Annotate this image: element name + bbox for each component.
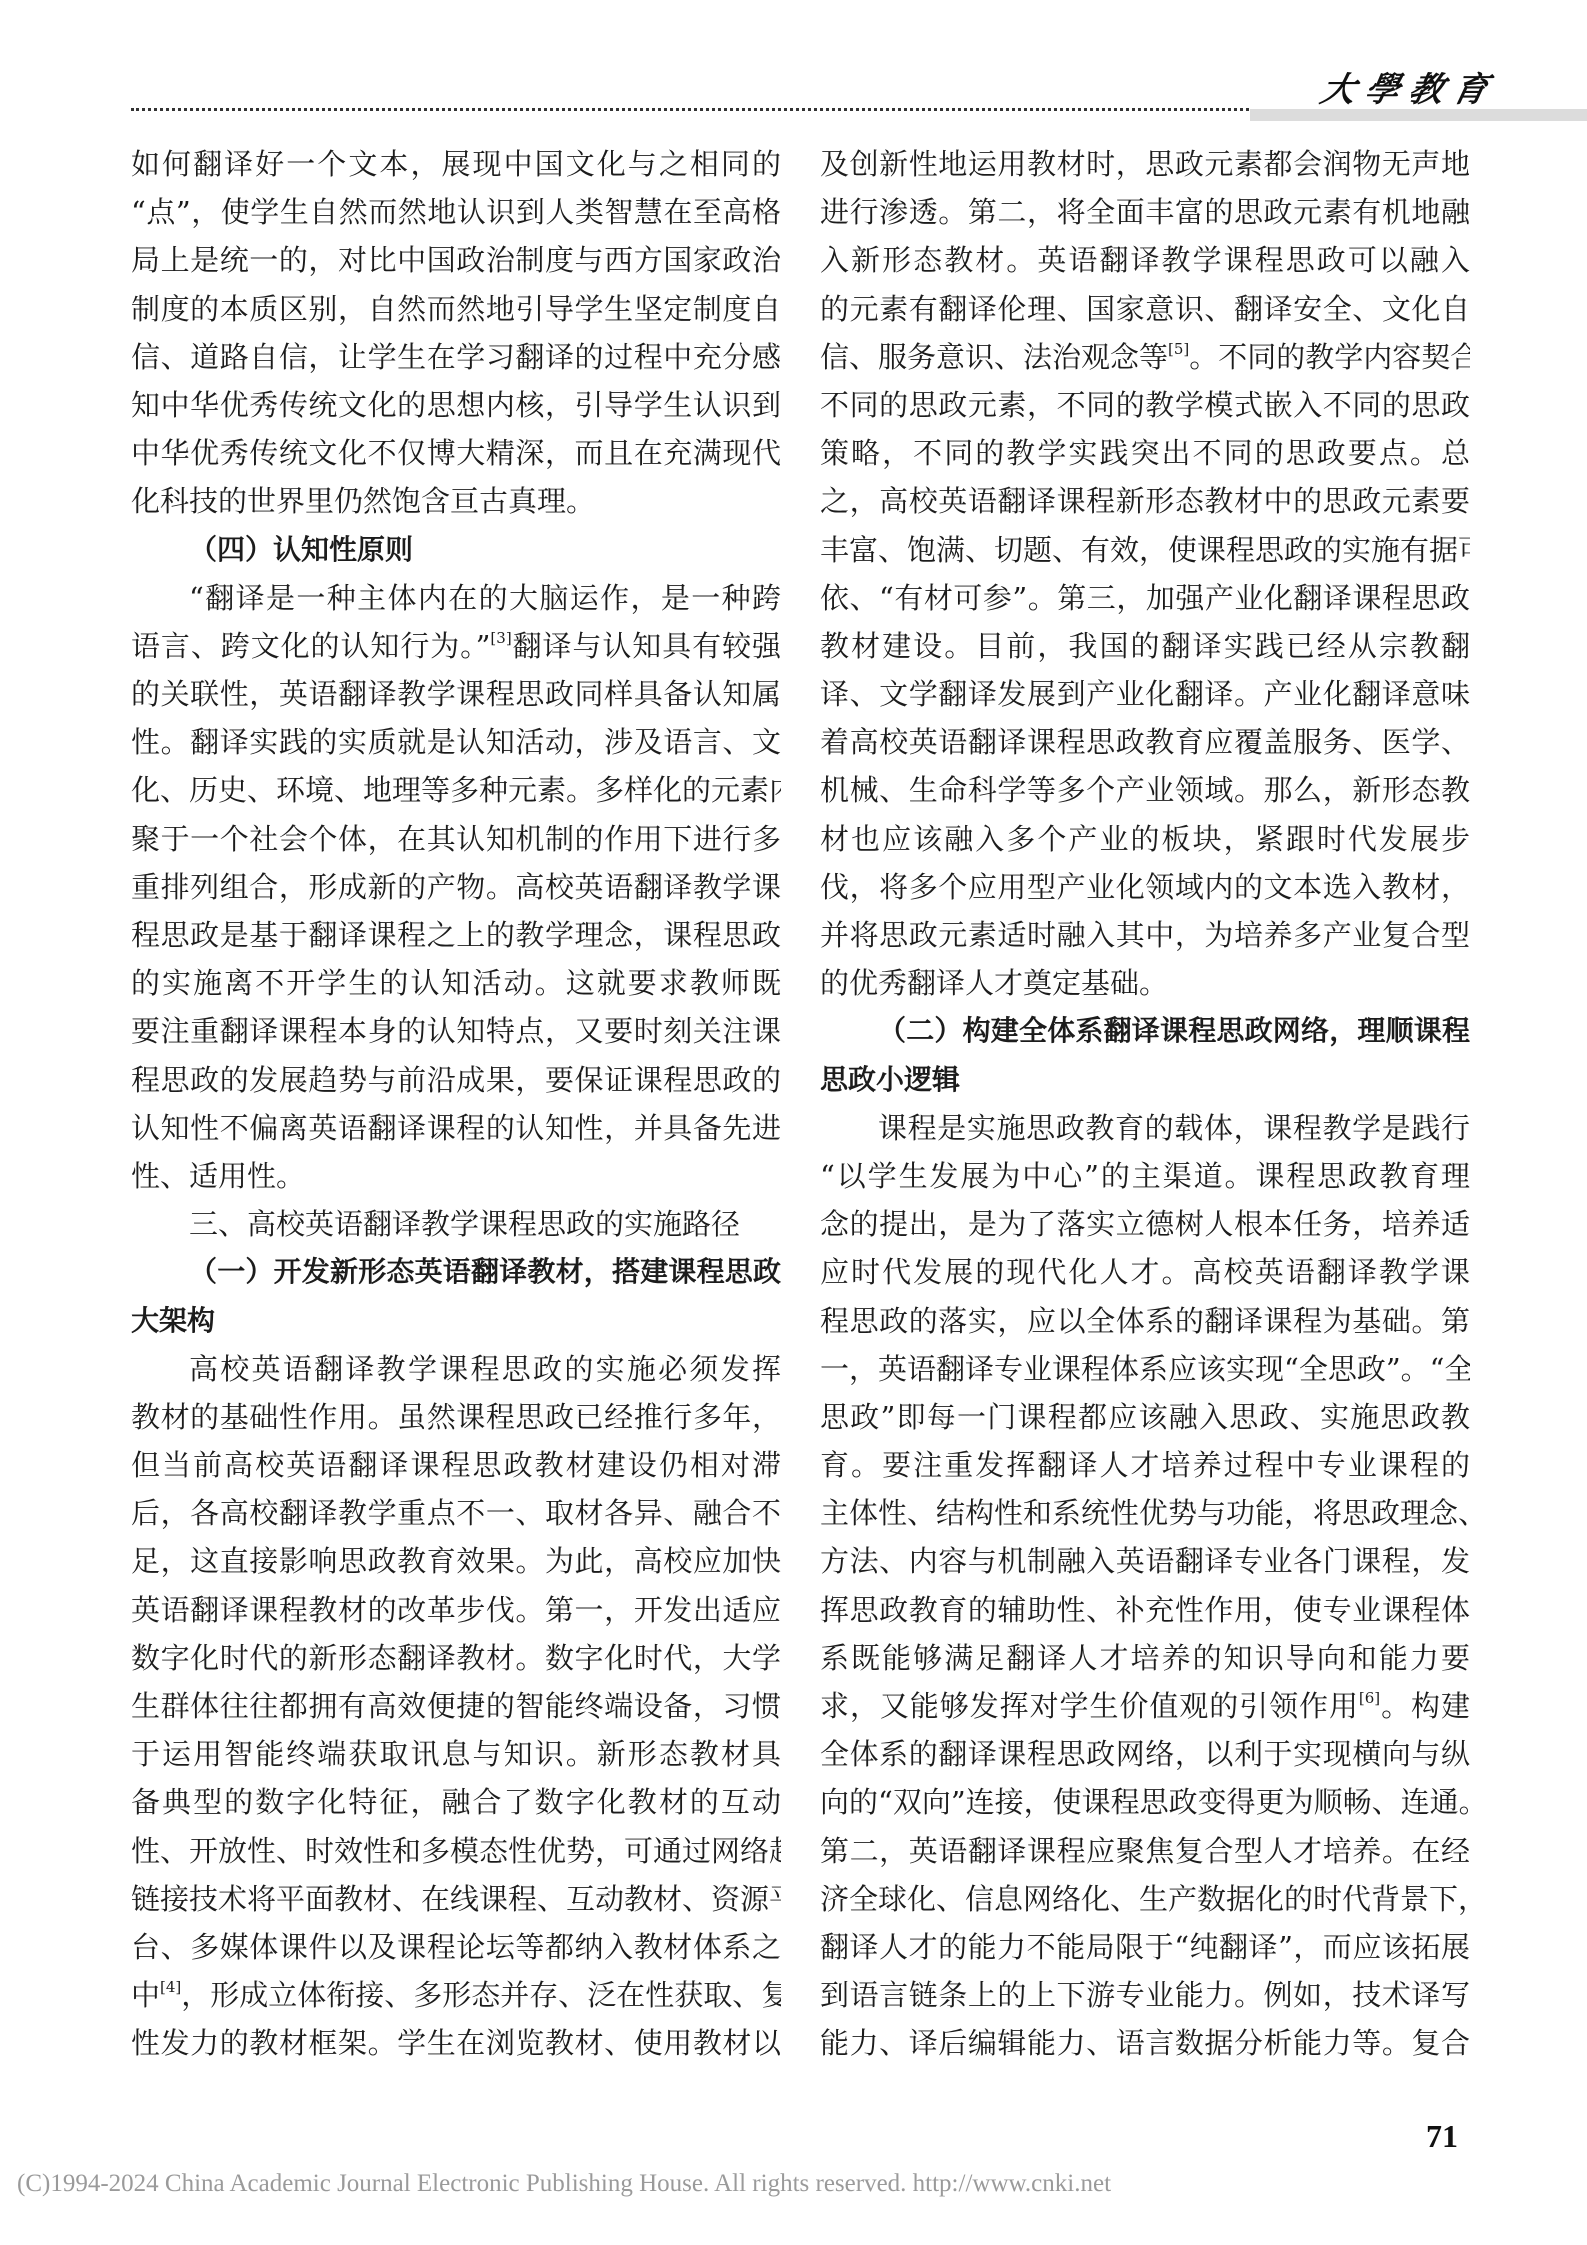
subsection-heading-1-cont: 大架构 [131,1297,781,1345]
text-line: 翻译人才的能力不能局限于“纯翻译”，而应该拓展 [820,1923,1470,1971]
text-line: 念的提出，是为了落实立德树人根本任务，培养适 [820,1200,1470,1248]
text-line: 策略，不同的教学实践突出不同的思政要点。总 [820,429,1470,477]
text-line: 依、“有材可参”。第三，加强产业化翻译课程思政 [820,574,1470,622]
text-line: 全体系的翻译课程思政网络，以利于实现横向与纵 [820,1730,1470,1778]
text-line: 的关联性，英语翻译教学课程思政同样具备认知属 [131,670,781,718]
text-line: “点”，使学生自然而然地认识到人类智慧在至高格 [131,188,781,236]
text-line: 挥思政教育的辅助性、补充性作用，使专业课程体 [820,1586,1470,1634]
citation-ref-4[interactable]: [4] [160,1978,181,1996]
text-line: 足，这直接影响思政教育效果。为此，高校应加快 [131,1537,781,1585]
subsection-heading-2: （二）构建全体系翻译课程思政网络，理顺课程 [820,1007,1470,1055]
text-line: 教材的基础性作用。虽然课程思政已经推行多年， [131,1393,781,1441]
text-line: 性、开放性、时效性和多模态性优势，可通过网络超 [131,1827,781,1875]
text-line: 但当前高校英语翻译课程思政教材建设仍相对滞 [131,1441,781,1489]
text-line: 方法、内容与机制融入英语翻译专业各门课程，发 [820,1537,1470,1585]
text-line: 于运用智能终端获取讯息与知识。新形态教材具 [131,1730,781,1778]
text-line: 思政”即每一门课程都应该融入思政、实施思政教 [820,1393,1470,1441]
text-line: 中华优秀传统文化不仅博大精深，而且在充满现代 [131,429,781,477]
text-line: 的优秀翻译人才奠定基础。 [820,959,1470,1007]
page-header: 大學教育 [0,0,1587,130]
text-segment: 。不同的教学内容契合 [1189,340,1470,374]
text-line: 不同的思政元素，不同的教学模式嵌入不同的思政 [820,381,1470,429]
text-line: 化、历史、环境、地理等多种元素。多样化的元素内 [131,766,781,814]
text-line: 育。要注重发挥翻译人才培养过程中专业课程的 [820,1441,1470,1489]
text-line: 台、多媒体课件以及课程论坛等都纳入教材体系之 [131,1923,781,1971]
page-number: 71 [1426,2118,1458,2155]
subsection-heading-1: （一）开发新形态英语翻译教材，搭建课程思政 [131,1248,781,1296]
right-column: 及创新性地运用教材时，思政元素都会润物无声地 进行渗透。第二，将全面丰富的思政元… [820,140,1470,2068]
text-line: 备典型的数字化特征，融合了数字化教材的互动 [131,1778,781,1826]
text-line: 一，英语翻译专业课程体系应该实现“全思政”。“全 [820,1345,1470,1393]
text-line-with-citation: 语言、跨文化的认知行为。”[3]翻译与认知具有较强 [131,622,781,670]
text-line: 机械、生命科学等多个产业领域。那么，新形态教 [820,766,1470,814]
text-line: 之，高校英语翻译课程新形态教材中的思政元素要 [820,477,1470,525]
text-line: 能力、译后编辑能力、语言数据分析能力等。复合 [820,2019,1470,2067]
text-line: 信、道路自信，让学生在学习翻译的过程中充分感 [131,333,781,381]
text-line: 聚于一个社会个体，在其认知机制的作用下进行多 [131,815,781,863]
text-line: 的实施离不开学生的认知活动。这就要求教师既 [131,959,781,1007]
text-line: 化科技的世界里仍然饱含亘古真理。 [131,477,781,525]
text-line: 认知性不偏离英语翻译课程的认知性，并具备先进 [131,1104,781,1152]
subsection-heading-2-cont: 思政小逻辑 [820,1056,1470,1104]
text-line: 伐，将多个应用型产业化领域内的文本选入教材， [820,863,1470,911]
text-line: 性。翻译实践的实质就是认知活动，涉及语言、文 [131,718,781,766]
header-grey-bar [1250,109,1587,121]
copyright-notice: (C)1994-2024 China Academic Journal Elec… [17,2170,1417,2198]
text-line-with-citation: 中[4]，形成立体衔接、多形态并存、泛在性获取、复合 [131,1971,781,2019]
text-line: 教材建设。目前，我国的翻译实践已经从宗教翻 [820,622,1470,670]
text-line: 入新形态教材。英语翻译教学课程思政可以融入 [820,236,1470,284]
text-line: 系既能够满足翻译人才培养的知识导向和能力要 [820,1634,1470,1682]
text-line: 如何翻译好一个文本，展现中国文化与之相同的 [131,140,781,188]
section-heading-3: 三、高校英语翻译教学课程思政的实施路径 [131,1200,781,1248]
journal-logo: 大學教育 [1317,62,1503,111]
text-line: 向的“双向”连接，使课程思政变得更为顺畅、连通。 [820,1778,1470,1826]
text-line: 程思政的发展趋势与前沿成果，要保证课程思政的 [131,1056,781,1104]
text-line: 第二，英语翻译课程应聚焦复合型人才培养。在经 [820,1827,1470,1875]
text-line: 主体性、结构性和系统性优势与功能，将思政理念、 [820,1489,1470,1537]
text-line: 性发力的教材框架。学生在浏览教材、使用教材以 [131,2019,781,2067]
text-line: 重排列组合，形成新的产物。高校英语翻译教学课 [131,863,781,911]
text-line: 着高校英语翻译课程思政教育应覆盖服务、医学、 [820,718,1470,766]
text-line: 数字化时代的新形态翻译教材。数字化时代，大学 [131,1634,781,1682]
text-line: 及创新性地运用教材时，思政元素都会润物无声地 [820,140,1470,188]
text-segment: 中 [131,1978,160,2012]
text-line: 要注重翻译课程本身的认知特点，又要时刻关注课 [131,1007,781,1055]
text-line: 译、文学翻译发展到产业化翻译。产业化翻译意味 [820,670,1470,718]
text-line: 英语翻译课程教材的改革步伐。第一，开发出适应 [131,1586,781,1634]
text-line: “翻译是一种主体内在的大脑运作，是一种跨 [131,574,781,622]
text-line: 制度的本质区别，自然而然地引导学生坚定制度自 [131,285,781,333]
text-line-with-citation: 求，又能够发挥对学生价值观的引领作用[6]。构建 [820,1682,1470,1730]
text-line: 局上是统一的，对比中国政治制度与西方国家政治 [131,236,781,284]
header-dotted-rule [131,108,1249,111]
text-line: 丰富、饱满、切题、有效，使课程思政的实施有据可 [820,526,1470,574]
text-line: 课程是实施思政教育的载体，课程教学是践行 [820,1104,1470,1152]
text-line: 链接技术将平面教材、在线课程、互动教材、资源平 [131,1875,781,1923]
text-segment: 。构建 [1380,1689,1470,1723]
text-line: 知中华优秀传统文化的思想内核，引导学生认识到 [131,381,781,429]
text-line: 的元素有翻译伦理、国家意识、翻译安全、文化自 [820,285,1470,333]
text-line: 材也应该融入多个产业的板块，紧跟时代发展步 [820,815,1470,863]
text-line: “以学生发展为中心”的主渠道。课程思政教育理 [820,1152,1470,1200]
citation-ref-6[interactable]: [6] [1359,1689,1380,1707]
text-segment: 信、服务意识、法治观念等 [820,340,1168,374]
text-line: 性、适用性。 [131,1152,781,1200]
text-line: 进行渗透。第二，将全面丰富的思政元素有机地融 [820,188,1470,236]
text-segment: 语言、跨文化的认知行为。” [131,629,490,663]
text-line: 应时代发展的现代化人才。高校英语翻译教学课 [820,1248,1470,1296]
citation-ref-5[interactable]: [5] [1168,340,1189,358]
text-line: 生群体往往都拥有高效便捷的智能终端设备，习惯 [131,1682,781,1730]
text-line: 济全球化、信息网络化、生产数据化的时代背景下， [820,1875,1470,1923]
text-line-with-citation: 信、服务意识、法治观念等[5]。不同的教学内容契合 [820,333,1470,381]
citation-ref-3[interactable]: [3] [490,629,511,647]
text-segment: 求，又能够发挥对学生价值观的引领作用 [820,1689,1359,1723]
text-line: 并将思政元素适时融入其中，为培养多产业复合型 [820,911,1470,959]
subsection-heading-cognition: （四）认知性原则 [131,526,781,574]
text-line: 高校英语翻译教学课程思政的实施必须发挥 [131,1345,781,1393]
text-line: 后，各高校翻译教学重点不一、取材各异、融合不 [131,1489,781,1537]
text-line: 程思政的落实，应以全体系的翻译课程为基础。第 [820,1297,1470,1345]
text-segment: ，形成立体衔接、多形态并存、泛在性获取、复合 [181,1978,781,2012]
left-column: 如何翻译好一个文本，展现中国文化与之相同的 “点”，使学生自然而然地认识到人类智… [131,140,781,2068]
text-segment: 翻译与认知具有较强 [512,629,781,663]
text-line: 程思政是基于翻译课程之上的教学理念，课程思政 [131,911,781,959]
text-line: 到语言链条上的上下游专业能力。例如，技术译写 [820,1971,1470,2019]
